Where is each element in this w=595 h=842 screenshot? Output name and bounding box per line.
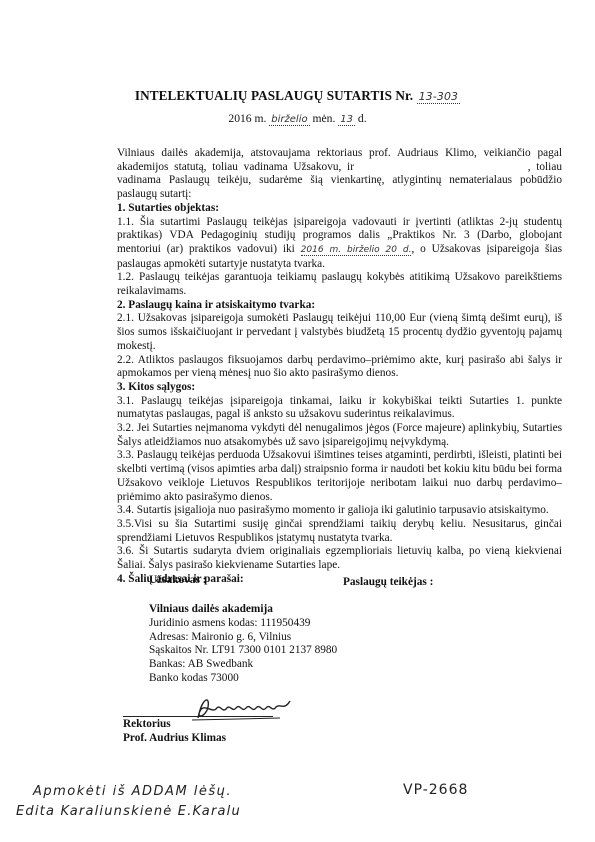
section-heading-2: 2. Paslaugų kaina ir atsiskaitymo tvarka… bbox=[117, 299, 562, 313]
contract-number-handwritten: 13-303 bbox=[417, 90, 461, 104]
date-mid: mėn. bbox=[310, 112, 339, 125]
clause-1-2: 1.2. Paslaugų teikėjas garantuoja teikia… bbox=[117, 271, 562, 298]
clause-1-1: 1.1. Šia sutartimi Paslaugų teikėjas įsi… bbox=[117, 216, 562, 272]
customer-details: Vilniaus dailės akademija Juridinio asme… bbox=[149, 603, 337, 686]
title-text: INTELEKTUALIŲ PASLAUGŲ SUTARTIS Nr. bbox=[135, 88, 417, 103]
clause-2-1: 2.1. Užsakovas įsipareigoja sumokėti Pas… bbox=[117, 312, 562, 353]
signer-block: Rektorius Prof. Audrius Klimas bbox=[123, 717, 226, 745]
clause-3-6: 3.6. Ši Sutartis sudaryta dviem original… bbox=[117, 545, 562, 572]
clause-3-4: 3.4. Sutartis įsigalioja nuo pasirašymo … bbox=[117, 504, 562, 518]
contract-page: INTELEKTUALIŲ PASLAUGŲ SUTARTIS Nr. 13-3… bbox=[0, 0, 595, 842]
clause-3-2: 3.2. Jei Sutarties neįmanoma vykdyti dėl… bbox=[117, 422, 562, 449]
section-heading-3: 3. Kitos sąlygos: bbox=[117, 381, 562, 395]
customer-bank-code: Banko kodas 73000 bbox=[149, 672, 337, 686]
customer-account: Sąskaitos Nr. LT91 7300 0101 2137 8980 bbox=[149, 644, 337, 658]
signer-name: Prof. Audrius Klimas bbox=[123, 731, 226, 745]
provider-label: Paslaugų teikėjas : bbox=[343, 576, 433, 588]
handwritten-note-name: Edita Karaliunskienė E.Karalu bbox=[16, 804, 241, 819]
date-month-handwritten: birželio bbox=[269, 114, 309, 126]
contract-title: INTELEKTUALIŲ PASLAUGŲ SUTARTIS Nr. 13-3… bbox=[0, 88, 595, 104]
clause-3-5: 3.5.Visi su šia Sutartimi susiję ginčai … bbox=[117, 518, 562, 545]
section-heading-1: 1. Sutarties objektas: bbox=[117, 202, 562, 216]
clause-3-1: 3.1. Paslaugų teikėjas įsipareigoja tink… bbox=[117, 395, 562, 422]
deadline-handwritten: 2016 m. birželio 20 d. bbox=[301, 245, 412, 256]
contract-date: 2016 m. birželio mėn. 13 d. bbox=[0, 112, 595, 125]
handwritten-note-payment: Apmokėti iš ADDAM lėšų. bbox=[33, 784, 232, 799]
date-year: 2016 m. bbox=[228, 112, 269, 125]
signer-role: Rektorius bbox=[123, 717, 226, 731]
contract-body: Vilniaus dailės akademija, atstovaujama … bbox=[117, 147, 562, 587]
clause-3-3: 3.3. Paslaugų teikėjas perduoda Užsakovu… bbox=[117, 449, 562, 504]
date-day-handwritten: 13 bbox=[338, 114, 355, 126]
customer-address: Adresas: Maironio g. 6, Vilnius bbox=[149, 631, 337, 645]
date-suffix: d. bbox=[355, 112, 367, 125]
customer-legal-code: Juridinio asmens kodas: 111950439 bbox=[149, 617, 337, 631]
customer-bank: Bankas: AB Swedbank bbox=[149, 658, 337, 672]
customer-label: Užsakovas : bbox=[149, 574, 206, 586]
handwritten-reference: VP-2668 bbox=[403, 782, 468, 798]
clause-2-2: 2.2. Atliktos paslaugos fiksuojamos darb… bbox=[117, 354, 562, 381]
customer-name: Vilniaus dailės akademija bbox=[149, 603, 337, 617]
intro-paragraph: Vilniaus dailės akademija, atstovaujama … bbox=[117, 147, 562, 202]
intro-part1: Vilniaus dailės akademija, atstovaujama … bbox=[117, 147, 562, 173]
